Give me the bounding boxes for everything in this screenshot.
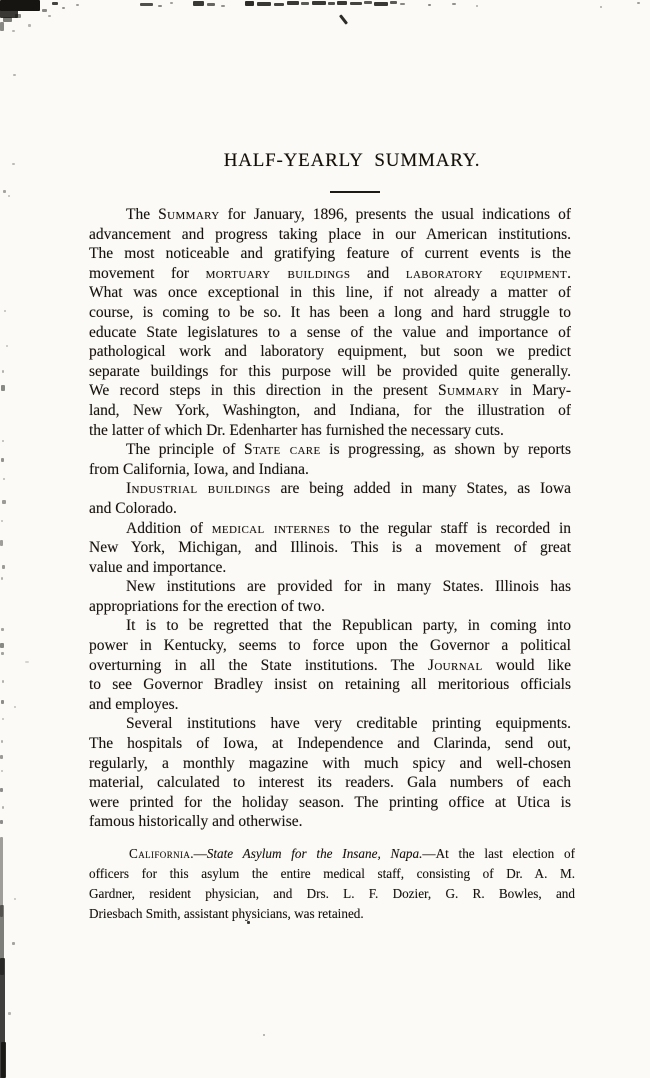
text-line: Driesbach Smith, assistant physicians, w… bbox=[89, 904, 575, 924]
scan-speck bbox=[207, 3, 215, 6]
text-line: from California, Iowa, and Indiana. bbox=[89, 460, 571, 480]
text-run: It is to be regretted that the Republica… bbox=[126, 617, 571, 634]
text-run: and Colorado. bbox=[89, 500, 177, 517]
scan-speck bbox=[350, 2, 362, 5]
text-line: officers for this asylum the entire medi… bbox=[89, 864, 575, 884]
page-title: HALF-YEARLY SUMMARY. bbox=[110, 150, 594, 172]
text-line: material, calculated to interest its rea… bbox=[89, 773, 571, 793]
text-run: the latter of which Dr. Edenharter has f… bbox=[89, 422, 504, 439]
scan-speck bbox=[328, 2, 335, 5]
scan-speck bbox=[287, 1, 299, 5]
scan-speck bbox=[1, 1042, 6, 1078]
paragraph: California.—State Asylum for the Insane,… bbox=[89, 844, 575, 924]
paragraph: The principle of State care is progressi… bbox=[89, 440, 571, 479]
scan-speck bbox=[0, 643, 4, 648]
text-line: The principle of State care is progressi… bbox=[89, 440, 571, 460]
scan-speck bbox=[337, 1, 347, 5]
scan-speck bbox=[52, 2, 58, 5]
text-run: is progressing, as shown by reports bbox=[321, 441, 571, 458]
scan-speck bbox=[2, 500, 6, 504]
small-caps-text: Summary bbox=[158, 206, 220, 223]
scan-speck bbox=[0, 540, 3, 546]
text-line: movement for mortuary buildings and labo… bbox=[89, 264, 571, 284]
text-line: Industrial buildings are being added in … bbox=[89, 479, 571, 499]
text-run: were printed for the holiday season. The… bbox=[89, 794, 571, 811]
text-run: regularly, a monthly magazine with much … bbox=[89, 755, 571, 772]
text-line: overturning in all the State institution… bbox=[89, 656, 571, 676]
text-run: land, New York, Washington, and Indiana,… bbox=[89, 402, 571, 419]
text-run: for January, 1896, presents the usual in… bbox=[220, 206, 571, 223]
small-caps-text: laboratory equipment bbox=[406, 265, 567, 282]
scan-speck bbox=[8, 1012, 11, 1015]
scan-speck bbox=[374, 2, 388, 6]
text-run: overturning in all the State institution… bbox=[89, 657, 428, 674]
text-line: the latter of which Dr. Edenharter has f… bbox=[89, 421, 571, 441]
scan-speck bbox=[8, 195, 10, 197]
text-line: New institutions are provided for in man… bbox=[89, 577, 571, 597]
scan-speck bbox=[1, 740, 3, 743]
text-run: appropriations for the erection of two. bbox=[89, 598, 325, 615]
text-line: What was once exceptional in this line, … bbox=[89, 283, 571, 303]
scan-speck bbox=[245, 1, 254, 6]
paragraph: Industrial buildings are being added in … bbox=[89, 479, 571, 518]
paragraph: The Summary for January, 1896, presents … bbox=[89, 205, 571, 440]
text-line: appropriations for the erection of two. bbox=[89, 597, 571, 617]
scan-speck bbox=[247, 921, 250, 924]
paragraph: Addition of medical internes to the regu… bbox=[89, 519, 571, 578]
text-line: famous historically and otherwise. bbox=[89, 812, 571, 832]
scan-speck bbox=[263, 1034, 265, 1036]
scan-speck bbox=[339, 14, 348, 25]
scan-speck bbox=[13, 74, 16, 76]
scan-speck bbox=[312, 1, 326, 5]
text-run: material, calculated to interest its rea… bbox=[89, 774, 571, 791]
footnote-paragraph-california: California.—State Asylum for the Insane,… bbox=[89, 844, 575, 924]
paragraph: Several institutions have very creditabl… bbox=[89, 714, 571, 832]
text-run: We record steps in this direction in the… bbox=[89, 382, 438, 399]
text-line: separate buildings for this purpose will… bbox=[89, 362, 571, 382]
text-run: The principle of bbox=[126, 441, 244, 458]
text-run: New York, Michigan, and Illinois. This i… bbox=[89, 539, 571, 556]
small-caps-text: Summary bbox=[438, 382, 500, 399]
italic-text: State Asylum for the Insane, Napa. bbox=[207, 846, 423, 861]
text-run: separate buildings for this purpose will… bbox=[89, 363, 571, 380]
text-run: to the regular staff is recorded in bbox=[330, 520, 571, 537]
scan-speck bbox=[2, 718, 4, 720]
scan-speck bbox=[158, 5, 162, 7]
scan-speck bbox=[390, 1, 397, 4]
text-run: The bbox=[126, 206, 158, 223]
small-caps-text: State care bbox=[244, 441, 321, 458]
text-run: officers for this asylum the entire medi… bbox=[89, 866, 575, 881]
small-caps-text: Journal bbox=[428, 657, 483, 674]
text-run: Gardner, resident physician, and Drs. L.… bbox=[89, 886, 575, 901]
scan-speck bbox=[0, 820, 3, 824]
scan-speck bbox=[170, 2, 173, 4]
text-run: Several institutions have very creditabl… bbox=[126, 715, 571, 732]
text-run: advancement and progress taking place in… bbox=[89, 226, 571, 243]
text-run: and employes. bbox=[89, 696, 179, 713]
text-run: famous historically and otherwise. bbox=[89, 813, 303, 830]
text-run: and bbox=[350, 265, 406, 282]
scan-speck bbox=[15, 14, 21, 18]
text-line: It is to be regretted that the Republica… bbox=[89, 616, 571, 636]
small-caps-text: medical internes bbox=[212, 520, 331, 537]
scan-speck bbox=[76, 4, 79, 6]
body-paragraphs: The Summary for January, 1896, presents … bbox=[89, 205, 571, 832]
text-run: power in Kentucky, seems to force upon t… bbox=[89, 637, 571, 654]
small-caps-text: mortuary buildings bbox=[206, 265, 351, 282]
text-line: and employes. bbox=[89, 695, 571, 715]
scan-speck bbox=[4, 310, 6, 312]
scan-speck bbox=[3, 190, 6, 193]
text-run: course, is coming to be so. It has been … bbox=[89, 304, 571, 321]
text-line: The hospitals of Iowa, at Independence a… bbox=[89, 734, 571, 754]
small-caps-text: Industrial buildings bbox=[126, 480, 271, 497]
text-run: to see Governor Bradley insist on retain… bbox=[89, 676, 571, 693]
text-run: New institutions are provided for in man… bbox=[126, 578, 571, 595]
text-line: Several institutions have very creditabl… bbox=[89, 714, 571, 734]
scan-speck bbox=[2, 440, 4, 442]
text-run: are being added in many States, as Iowa bbox=[271, 480, 571, 497]
text-run: in Mary- bbox=[500, 382, 571, 399]
text-run: pathological work and laboratory equipme… bbox=[89, 343, 571, 360]
text-line: Addition of medical internes to the regu… bbox=[89, 519, 571, 539]
scan-speck bbox=[301, 2, 309, 5]
text-line: The Summary for January, 1896, presents … bbox=[89, 205, 571, 225]
scan-speck bbox=[637, 2, 640, 4]
text-line: value and importance. bbox=[89, 558, 571, 578]
scan-speck bbox=[1, 770, 3, 772]
text-run: —At the last election of bbox=[422, 846, 575, 861]
text-line: and Colorado. bbox=[89, 499, 571, 519]
scan-speck bbox=[42, 9, 47, 12]
text-run: from California, Iowa, and Indiana. bbox=[89, 461, 309, 478]
scan-speck bbox=[1, 577, 3, 580]
text-run: . bbox=[567, 265, 571, 282]
text-run: value and importance. bbox=[89, 559, 226, 576]
scan-speck bbox=[2, 370, 4, 373]
text-line: We record steps in this direction in the… bbox=[89, 381, 571, 401]
text-run: Driesbach Smith, assistant physicians, w… bbox=[89, 906, 364, 921]
scan-speck bbox=[1, 520, 3, 522]
scan-speck bbox=[400, 3, 405, 5]
scan-speck bbox=[274, 3, 284, 6]
scan-speck bbox=[1, 385, 5, 391]
scan-speck bbox=[428, 4, 431, 6]
scan-speck bbox=[14, 898, 16, 900]
text-line: course, is coming to be so. It has been … bbox=[89, 303, 571, 323]
scan-speck bbox=[48, 15, 51, 17]
scan-speck bbox=[2, 565, 5, 569]
paragraph: It is to be regretted that the Republica… bbox=[89, 616, 571, 714]
scan-speck bbox=[221, 5, 225, 7]
scan-speck bbox=[452, 3, 456, 5]
scanned-book-page: HALF-YEARLY SUMMARY. The Summary for Jan… bbox=[0, 0, 650, 1078]
scan-speck bbox=[2, 680, 4, 683]
scan-speck bbox=[6, 345, 8, 347]
scan-speck bbox=[3, 478, 5, 480]
text-line: educate State legislatures to a sense of… bbox=[89, 323, 571, 343]
text-run: The most noticeable and gratifying featu… bbox=[89, 245, 571, 262]
scan-speck bbox=[25, 661, 29, 663]
scan-speck bbox=[257, 2, 271, 6]
scan-speck bbox=[0, 755, 3, 759]
text-line: regularly, a monthly magazine with much … bbox=[89, 754, 571, 774]
text-run: Addition of bbox=[126, 520, 212, 537]
text-line: New York, Michigan, and Illinois. This i… bbox=[89, 538, 571, 558]
text-run: The hospitals of Iowa, at Independence a… bbox=[89, 735, 571, 752]
text-line: California.—State Asylum for the Insane,… bbox=[89, 844, 575, 864]
scan-speck bbox=[1, 652, 4, 655]
small-caps-text: California bbox=[129, 846, 190, 861]
scan-speck bbox=[476, 5, 478, 7]
scan-speck bbox=[12, 942, 15, 945]
text-line: advancement and progress taking place in… bbox=[89, 225, 571, 245]
text-line: were printed for the holiday season. The… bbox=[89, 793, 571, 813]
text-run: movement for bbox=[89, 265, 206, 282]
scan-speck bbox=[364, 1, 372, 4]
scan-speck bbox=[1, 628, 4, 631]
scan-speck bbox=[2, 806, 4, 809]
scan-speck bbox=[1, 700, 4, 704]
scan-speck bbox=[28, 24, 31, 27]
scan-speck bbox=[0, 788, 3, 792]
scan-speck bbox=[12, 30, 15, 32]
text-line: to see Governor Bradley insist on retain… bbox=[89, 675, 571, 695]
text-line: pathological work and laboratory equipme… bbox=[89, 342, 571, 362]
scan-speck bbox=[1, 458, 4, 462]
paragraph: New institutions are provided for in man… bbox=[89, 577, 571, 616]
text-run: would like bbox=[483, 657, 571, 674]
title-divider-rule bbox=[330, 191, 380, 193]
scan-speck bbox=[3, 17, 12, 22]
scan-speck bbox=[14, 706, 16, 708]
scan-speck bbox=[193, 1, 204, 6]
scan-speck bbox=[600, 6, 602, 8]
text-run: .— bbox=[190, 846, 206, 861]
scan-speck bbox=[12, 163, 15, 165]
scan-speck bbox=[62, 7, 65, 9]
text-line: land, New York, Washington, and Indiana,… bbox=[89, 401, 571, 421]
text-line: power in Kentucky, seems to force upon t… bbox=[89, 636, 571, 656]
text-line: Gardner, resident physician, and Drs. L.… bbox=[89, 884, 575, 904]
scan-speck bbox=[0, 22, 4, 31]
text-run: educate State legislatures to a sense of… bbox=[89, 324, 571, 341]
scan-speck bbox=[140, 3, 153, 6]
text-run: What was once exceptional in this line, … bbox=[89, 284, 571, 301]
text-line: The most noticeable and gratifying featu… bbox=[89, 244, 571, 264]
